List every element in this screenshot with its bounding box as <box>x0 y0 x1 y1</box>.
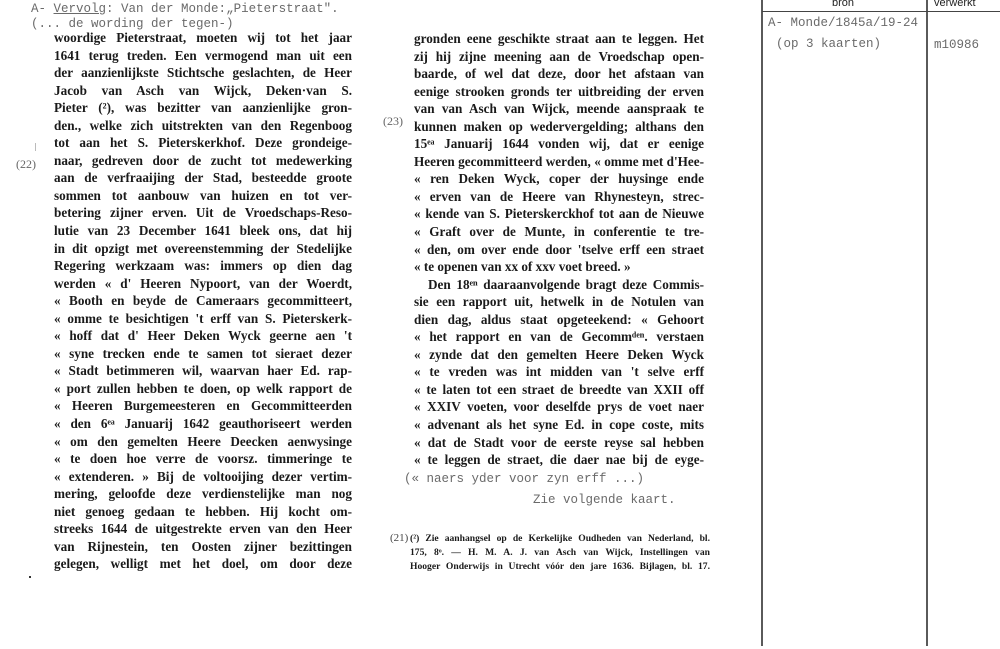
text-line: van Rijnestein, ten Oosten zijner bezitt… <box>54 538 352 556</box>
text-line: « hoff dat d' Heer Deken Wyck geerne aen… <box>54 327 352 345</box>
card-header: A- Vervolg: Van der Monde:„Pieterstraat"… <box>31 2 339 32</box>
text-line: zij hij zijne meening aan de Vroedschap … <box>414 48 704 66</box>
text-line: lutie van 23 December 1641 bleek ons, da… <box>54 222 352 240</box>
text-line: « syne trecken ende te samen tot sieraet… <box>54 345 352 363</box>
text-line: in dit opzigt met overeenstemming der St… <box>54 240 352 258</box>
text-line: naar, gedreven door de zucht tot medewer… <box>54 152 352 170</box>
table-column-divider <box>926 0 928 646</box>
text-line: « te doen hoe verre de voorsz. timmering… <box>54 450 352 468</box>
text-line: werden « d' Heeren Nypoort, van der Woer… <box>54 275 352 293</box>
card-title: „Pieterstraat". <box>226 2 339 16</box>
footnote: (²) Zie aanhangsel op de Kerkelijke Oudh… <box>410 532 710 574</box>
text-line: « om den gemelten Heere Deecken aenwysin… <box>54 433 352 451</box>
text-line: « het rapport en van de Gecommᵈᵉⁿ. verst… <box>414 328 704 346</box>
text-line: gronden eene geschikte straat aan te leg… <box>414 30 704 48</box>
text-line: « den 6ᵉᵃ Januarij 1642 geauthoriseert w… <box>54 415 352 433</box>
text-line: « zynde dat den gemelten Heere Deken Wyc… <box>414 346 704 364</box>
bron-reference: A- Monde/1845a/19-24 <box>768 16 918 30</box>
text-line: Hooger Onderwijs in Utrecht vóór den jar… <box>410 560 710 574</box>
text-line: streeks 1644 de uitgestrekte erven van d… <box>54 520 352 538</box>
text-line: betering zijner erven. Uit de Vroedschap… <box>54 204 352 222</box>
text-line: Den 18ᵉⁿ daaraanvolgende bragt deze Comm… <box>414 276 704 294</box>
text-line: « te laten tot een straet de breedte van… <box>414 381 704 399</box>
text-line: 175, 8ᵒ. — H. M. A. J. van Asch van Wijc… <box>410 546 710 560</box>
text-line: kunnen maken op wedervergelding; althans… <box>414 118 704 136</box>
text-line: « den, om over ende door 'tselve erff ee… <box>414 241 704 259</box>
middle-text-column: gronden eene geschikte straat aan te leg… <box>414 30 704 469</box>
verwerkt-value: m10986 <box>934 38 979 52</box>
text-line: « ren Deken Wyck, coper der huysinge end… <box>414 170 704 188</box>
margin-tick <box>35 143 36 151</box>
margin-dot <box>29 576 31 578</box>
text-line: « Booth en beyde de Cameraars gecommitte… <box>54 292 352 310</box>
text-line: « XXIV voeten, voor deselfde prys de voe… <box>414 398 704 416</box>
text-line: woordige Pieterstraat, moeten wij tot he… <box>54 29 352 47</box>
margin-note-23: (23) <box>383 114 403 129</box>
text-line: baarde, of wel dat deze, door het afstaa… <box>414 65 704 83</box>
text-line: tot aan het S. Pieterskerkhof. Deze gron… <box>54 134 352 152</box>
text-line: Jacob van Asch van Wijck, Deken·van S. <box>54 82 352 100</box>
text-line: Pieter (²), was bezitter van aanzienlijk… <box>54 99 352 117</box>
text-line: Heeren gecommitteerd werden, « omme met … <box>414 153 704 171</box>
header-verwerkt: verwerkt <box>934 0 976 9</box>
author-name: : Van der Monde: <box>106 2 226 16</box>
text-line: mering, geloofde deze verdienstelijke ma… <box>54 485 352 503</box>
card-prefix: A- <box>31 2 54 16</box>
text-line: sie een rapport uit, hetwelk in de Notul… <box>414 293 704 311</box>
text-line: dien dag, aldus staat opgeteekend: « Geh… <box>414 311 704 329</box>
text-line: « kende van S. Pieterskerckhof tot aan d… <box>414 205 704 223</box>
header-bron: bron <box>832 0 854 9</box>
text-line: den., welke zich uitstrekten van den Reg… <box>54 117 352 135</box>
text-line: niet genoeg gedaan te hebben. Hij kocht … <box>54 503 352 521</box>
margin-note-22: (22) <box>16 157 36 172</box>
table-header-rule <box>762 11 1000 12</box>
text-line: « Heeren Burgemeesteren en Gecommitteerd… <box>54 397 352 415</box>
text-line: « erven van de Heere van Rhynesteyn, str… <box>414 188 704 206</box>
text-line: « extenderen. » Bij de voltooijing dezer… <box>54 468 352 486</box>
text-line: « dat de Stadt voor de eerste reyse sal … <box>414 434 704 452</box>
text-line: « port zullen hebben te doen, op welk ra… <box>54 380 352 398</box>
text-line: « Graft over de Munte, in conferentie te… <box>414 223 704 241</box>
vervolg-label: Vervolg <box>54 2 107 16</box>
text-line: « advenant als het syne Ed. in cope cost… <box>414 416 704 434</box>
text-line: Regering werkzaam was: immers op dien da… <box>54 257 352 275</box>
text-line: eenige strooken gronds ter uitbreiding d… <box>414 83 704 101</box>
text-line: der aanzienlijkste Stichtsche geslachten… <box>54 64 352 82</box>
text-line: 15ᵉᵃ Januarij 1644 vonden wij, dat er ee… <box>414 135 704 153</box>
text-line: sommen tot aanbouw van huizen en tot ver… <box>54 187 352 205</box>
text-line: « te vreden was int midden van 't selve … <box>414 363 704 381</box>
text-line: (²) Zie aanhangsel op de Kerkelijke Oudh… <box>410 532 710 546</box>
bron-card-count: (op 3 kaarten) <box>776 37 881 51</box>
typed-next-card-note: Zie volgende kaart. <box>533 493 676 507</box>
text-line: « te leggen de straet, die daer nae bij … <box>414 451 704 469</box>
text-line: 1641 terug treden. Een vermogend man uit… <box>54 47 352 65</box>
typed-continuation: (« naers yder voor zyn erff ...) <box>404 472 644 486</box>
text-line: aan de verfraaijing der Stad, besteedde … <box>54 169 352 187</box>
text-line: « Stadt betimmeren wil, waarvan haer Ed.… <box>54 362 352 380</box>
text-line: gelegen, welligt met het doel, om door d… <box>54 555 352 573</box>
table-left-border <box>761 0 763 646</box>
text-line: van van Asch van Wijck, meende aanspraak… <box>414 100 704 118</box>
text-line: « omme te besichtigen 't erff van S. Pie… <box>54 310 352 328</box>
text-line: « te openen van xx of xxv voet breed. » <box>414 258 704 276</box>
footnote-margin-marker: (21) <box>390 532 408 544</box>
card-header-line1: A- Vervolg: Van der Monde:„Pieterstraat"… <box>31 2 339 17</box>
left-text-column: woordige Pieterstraat, moeten wij tot he… <box>54 29 352 573</box>
